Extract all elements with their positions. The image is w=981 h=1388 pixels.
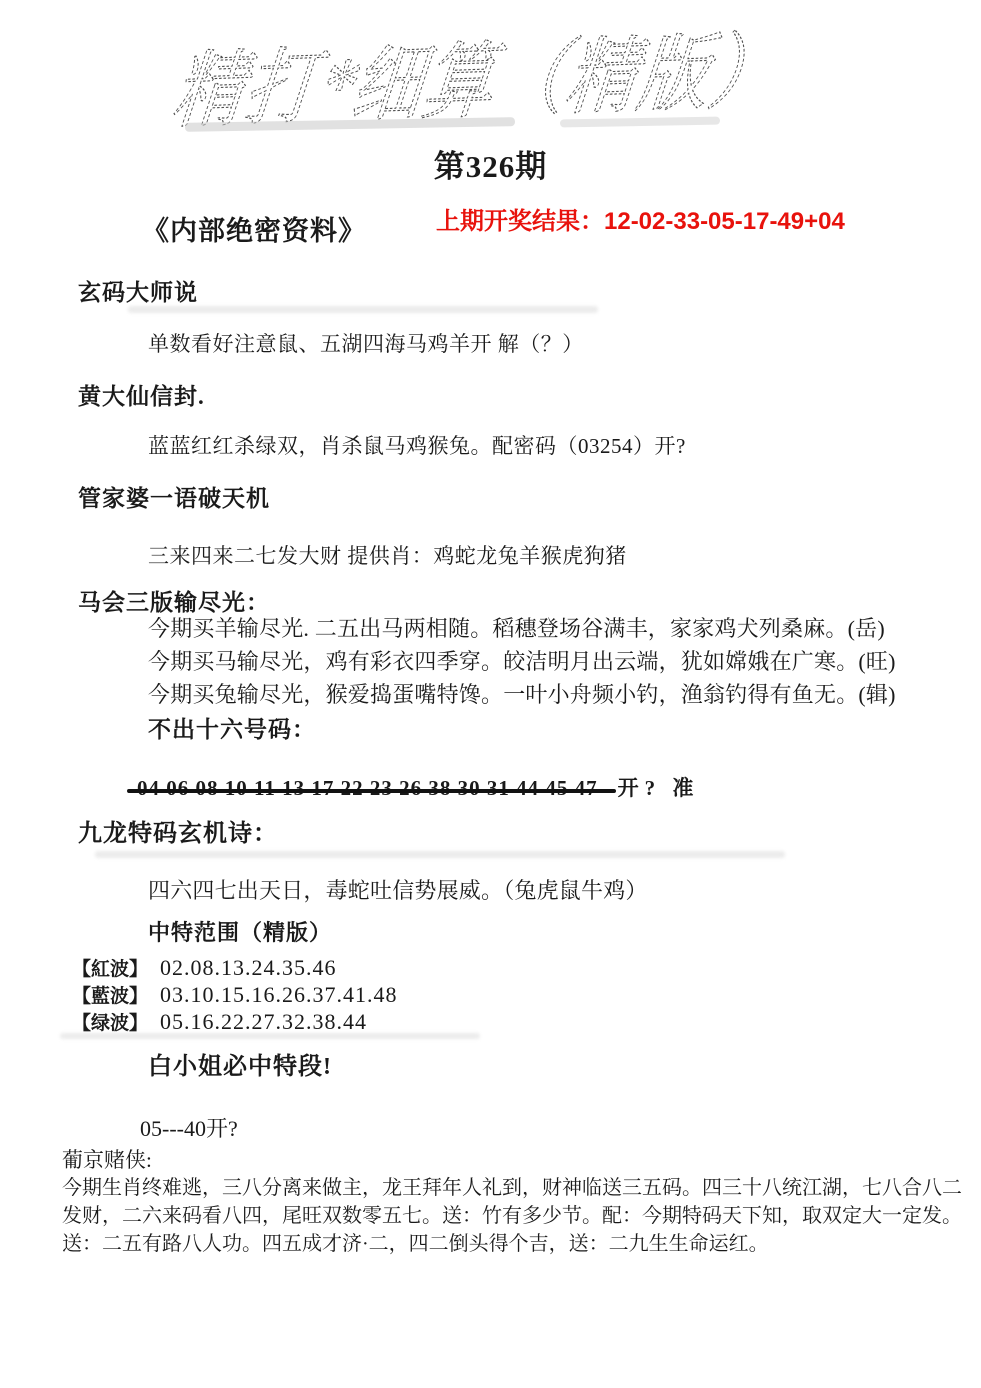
section-line-baixiaojie: 05---40开? <box>140 1112 238 1143</box>
masthead-sketch: 精打*细算（精版） <box>130 18 810 148</box>
wave-label-blue: 【藍波】 <box>72 981 148 1008</box>
scan-smudge <box>60 1033 480 1039</box>
section-line-guanjiapo: 三来四来二七发大财 提供肖：鸡蛇龙兔羊猴虎狗猪 <box>148 540 627 570</box>
excluded-numbers-row: 04 06 08 10 11 13 17 22 23 26 38 30 31 4… <box>135 772 699 802</box>
section-line-xuanma: 单数看好注意鼠、五湖四海马鸡羊开 解（？） <box>148 328 584 358</box>
doc-label: 《内部绝密资料》 <box>142 209 366 248</box>
mahui-line-3: 今期买兔输尽光，猴爱捣蛋嘴特馋。一叶小舟频小钓，渔翁钓得有鱼无。(辑) <box>148 678 896 709</box>
pujing-line-2: 发财，二六来码看八四，尾旺双数零五七。送：竹有多少节。配：今期特码天下知，取双定… <box>62 1199 962 1228</box>
section-heading-buchu: 不出十六号码： <box>148 711 316 744</box>
wave-row-red: 【紅波】 02.08.13.24.35.46 <box>72 954 337 981</box>
section-heading-guanjiapo: 管家婆一语破天机 <box>78 480 270 513</box>
wave-numbers-green: 05.16.22.27.32.38.44 <box>160 1009 367 1035</box>
subheading-zhongte-range: 中特范围（精版） <box>148 916 332 947</box>
masthead-art: 精打*细算（精版） <box>130 18 810 148</box>
section-heading-pujing: 葡京赌侠: <box>62 1144 152 1174</box>
pujing-line-3: 送：二五有路八人功。四五成才济·二，四二倒头得个吉，送：二九生生命运红。 <box>62 1227 769 1256</box>
section-heading-jiulong: 九龙特码玄机诗： <box>78 813 278 848</box>
mahui-line-1: 今期买羊输尽光. 二五出马两相随。稻穗登场谷满丰，家家鸡犬列桑麻。(岳) <box>148 612 885 643</box>
wave-label-green: 【绿波】 <box>72 1008 148 1035</box>
wave-numbers-red: 02.08.13.24.35.46 <box>160 955 337 981</box>
section-line-huangdaxian: 蓝蓝红红杀绿双，肖杀鼠马鸡猴兔。配密码（03254）开? <box>148 430 686 460</box>
section-heading-baixiaojie: 白小姐必中特段! <box>148 1046 332 1081</box>
mahui-line-2: 今期买马输尽光，鸡有彩衣四季穿。皎洁明月出云端，犹如嫦娥在广寒。(旺) <box>148 645 896 676</box>
scan-smudge <box>128 306 598 313</box>
pujing-line-1: 今期生肖终难逃，三八分离来做主，龙王拜年人礼到，财神临送三五码。四三十八统江湖，… <box>62 1171 962 1200</box>
section-line-jiulong: 四六四七出天日，毒蛇吐信势展威。（兔虎鼠牛鸡） <box>148 874 648 905</box>
tip-sheet-page: 精打*细算（精版） 第326期 《内部绝密资料》 上期开奖结果：12-02-33… <box>0 0 981 1388</box>
last-result: 上期开奖结果：12-02-33-05-17-49+04 <box>436 201 845 236</box>
wave-row-blue: 【藍波】 03.10.15.16.26.37.41.48 <box>72 981 398 1008</box>
wave-numbers-blue: 03.10.15.16.26.37.41.48 <box>160 982 398 1008</box>
section-heading-xuanma: 玄码大师说 <box>78 274 198 307</box>
scan-smudge <box>95 851 785 858</box>
open-query-label: 开? 准 <box>618 776 700 800</box>
excluded-numbers: 04 06 08 10 11 13 17 22 23 26 38 30 31 4… <box>135 776 600 801</box>
issue-number: 第326期 <box>0 141 981 186</box>
wave-row-green: 【绿波】 05.16.22.27.32.38.44 <box>72 1008 367 1035</box>
wave-label-red: 【紅波】 <box>72 954 148 981</box>
section-heading-huangdaxian: 黄大仙信封. <box>78 378 205 411</box>
